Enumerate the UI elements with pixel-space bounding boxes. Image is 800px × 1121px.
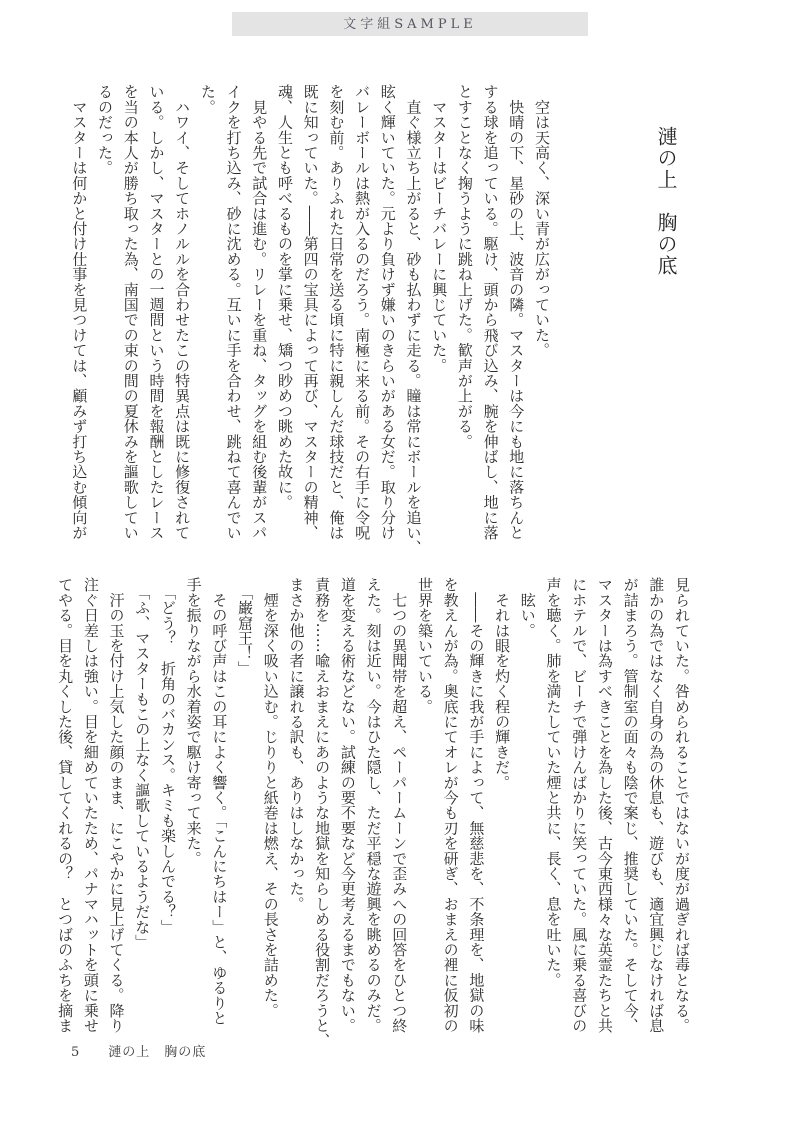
header-label: 文字組SAMPLE <box>343 18 476 31</box>
text-line: を当の本人が勝ち取った為、南国での束の間の夏休みを謳歌してい <box>117 84 143 546</box>
page-title: 漣の上 胸の底 <box>652 126 681 277</box>
text-line: イクを打ち込み、砂に沈める。互いに手を合わせ、跳ねて喜んでい <box>220 84 246 546</box>
page-footer: 5漣の上 胸の底 <box>71 1041 206 1060</box>
header-band: 文字組SAMPLE <box>232 12 588 36</box>
text-line: 「どう？ 折角のバカンス。キミも楽しんでる？」 <box>154 577 180 1039</box>
text-line: えた。刻は近い。今はひた隠し、ただ平穏な遊興を眺めるのみだ。 <box>360 577 386 1039</box>
text-line: マスターは為すべきことを為した後、古今東西様々な英霊たちと共 <box>591 577 617 1039</box>
text-line: が詰まろう。管制室の面々も陰で案じ、推奨していた。そして今、 <box>617 577 643 1039</box>
text-line: にホテルで、ビーチで弾けんばかりに笑っていた。風に乗る喜びの <box>565 577 591 1039</box>
text-line: 眩く輝いていた。元より負けず嫌いのきらいがある女だ。取り分け <box>374 84 400 546</box>
text-line: 道を変える術などない。試練の要不要など今更考えるまでもない。 <box>334 577 360 1039</box>
text-line: それは眼を灼く程の輝きだ。 <box>488 577 514 1039</box>
text-line: マスターはビーチバレーに興じていた。 <box>425 84 451 546</box>
text-line: 汗の玉を付け上気した顔のまま、にこやかに見上げてくる。降り <box>103 577 129 1039</box>
text-line: ――その輝きに我が手によって、無慈悲を、不条理を、地獄の味 <box>463 577 489 1039</box>
text-line: マスターは何かと付け仕事を見つけては、顧みず打ち込む傾向が <box>66 84 92 546</box>
text-line: 「巌窟王！」 <box>231 577 257 1039</box>
text-line: する球を追っている。駆け、頭から飛び込み、腕を伸ばし、地に落 <box>477 84 503 546</box>
text-line: 七つの異聞帯を超え、ペーパームーンで歪みへの回答をひとつ終 <box>386 577 412 1039</box>
text-line: まさか他の者に譲れる訳も、ありはしなかった。 <box>283 577 309 1039</box>
text-line: 声を聴く。肺を満たしていた煙と共に、長く、息を吐いた。 <box>540 577 566 1039</box>
text-line: 直ぐ様立ち上がると、砂も払わずに走る。瞳は常にボールを追い、 <box>400 84 426 546</box>
page-number: 5 <box>71 1045 80 1060</box>
text-line: 「ふ、マスターもこの上なく謳歌しているようだな」 <box>129 577 155 1039</box>
text-line: バレーボールは熱が入るのだろう。南極に来る前。その右手に令呪 <box>348 84 374 546</box>
text-line: とすことなく掬うように跳ね上げた。歓声が上がる。 <box>451 84 477 546</box>
text-line: 見られていた。咎められることではないが度が過ぎれば毒となる。 <box>668 577 694 1039</box>
text-line: を刻む前。ありふれた日常を送る頃に特に親しんだ球技だと、俺は <box>323 84 349 546</box>
text-line: た。 <box>194 84 220 546</box>
text-line: 世界を築いている。 <box>411 577 437 1039</box>
text-line: 誰かの為ではなく自身の為の休息も、遊びも、適宜興じなければ息 <box>643 577 669 1039</box>
text-line: 煙を深く吸い込む。じりりと紙巻は燃え、その長さを詰めた。 <box>257 577 283 1039</box>
text-line: ハワイ、そしてホノルルを合わせたこの特異点は既に修復されて <box>168 84 194 546</box>
text-line: 手を振りながら水着姿で駆け寄って来た。 <box>180 577 206 1039</box>
text-line: 注ぐ日差しは強い。目を細めていたため、パナマハットを頭に乗せ <box>77 577 103 1039</box>
lower-text-block: 見られていた。咎められることではないが度が過ぎれば毒となる。誰かの為ではなく自身… <box>51 577 694 1039</box>
text-line: 責務を……喩えおまえにあのような地獄を知らしめる役割だろうと、 <box>308 577 334 1039</box>
text-line: 快晴の下、星砂の上、波音の隣。マスターは今にも地に落ちんと <box>503 84 529 546</box>
text-line: いる。しかし、マスターとの一週間という時間を報酬としたレース <box>143 84 169 546</box>
text-line: 眩い。 <box>514 577 540 1039</box>
text-line: てやる。目を丸くした後、貸してくれるの？ とつばのふちを摘ま <box>51 577 77 1039</box>
text-line: を教えんが為。奥底にてオレが今も刃を研ぎ、おまえの裡に仮初の <box>437 577 463 1039</box>
upper-text-block: 空は天高く、深い青が広がっていた。 快晴の下、星砂の上、波音の隣。マスターは今に… <box>66 84 554 546</box>
text-line: 見やる先で試合は進む。リレーを重ね、タッグを組む後輩がスパ <box>246 84 272 546</box>
text-line: 空は天高く、深い青が広がっていた。 <box>528 84 554 546</box>
text-line: 魂、人生とも呼べるものを掌に乗せ、矯つ眇めつ眺めた故に。 <box>271 84 297 546</box>
text-line: 既に知っていた。――第四の宝具によって再び、マスターの精神、 <box>297 84 323 546</box>
text-line: るのだった。 <box>91 84 117 546</box>
running-title: 漣の上 胸の底 <box>108 1045 206 1060</box>
text-line: その呼び声はこの耳によく響く。「こんにちはー」と、ゆるりと <box>206 577 232 1039</box>
